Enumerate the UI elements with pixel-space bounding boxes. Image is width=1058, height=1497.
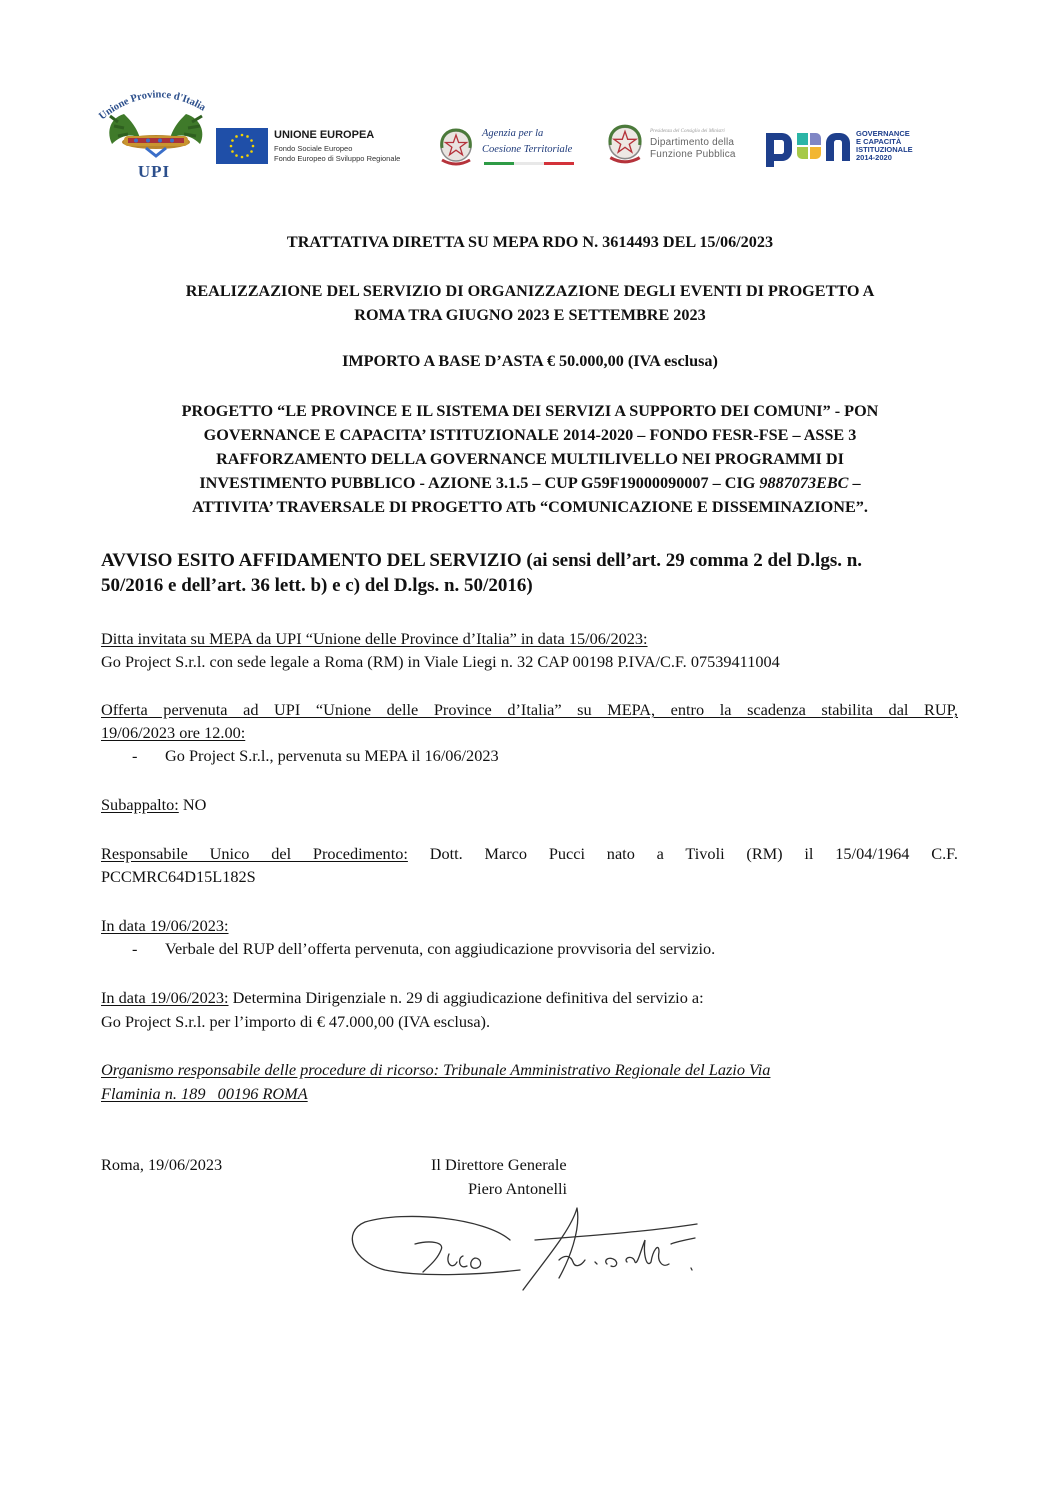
cig-code: 9887073EBC (759, 474, 848, 492)
subject-line-1: REALIZZAZIONE DEL SERVIZIO DI ORGANIZZAZ… (90, 281, 970, 302)
bullet-dash: - (132, 939, 137, 959)
avviso-bold: AVVISO ESITO AFFIDAMENTO DEL SERVIZIO (101, 550, 522, 571)
offer-label-line-1: Offerta pervenuta ad UPI “Unione delle P… (101, 699, 958, 720)
pon-line-4: 2014-2020 (856, 154, 892, 163)
date-1-item: Verbale del RUP dell’offerta pervenuta, … (165, 939, 715, 959)
handwritten-signature (345, 1200, 715, 1300)
pon-letters-icon (764, 129, 852, 167)
rup-value: Dott. Marco Pucci nato a Tivoli (RM) il … (408, 844, 958, 863)
avviso-legal-ref: (ai sensi dell’art. 29 comma 2 del D.lgs… (522, 550, 862, 571)
subject-line-2: ROMA TRA GIUGNO 2023 E SETTEMBRE 2023 (90, 305, 970, 326)
offer-item: Go Project S.r.l., pervenuta su MEPA il … (165, 746, 499, 766)
base-amount: IMPORTO A BASE D’ASTA € 50.000,00 (IVA e… (90, 351, 970, 372)
date-2-value: Determina Dirigenziale n. 29 di aggiudic… (229, 988, 704, 1007)
project-line-1: PROGETTO “LE PROVINCE E IL SISTEMA DEI S… (90, 401, 970, 422)
project-line-5: ATTIVITA’ TRAVERSALE DI PROGETTO ATb “CO… (90, 497, 970, 518)
upi-logo: Unione Province d'Italia UPI (98, 84, 210, 182)
eu-title: UNIONE EUROPEA (274, 129, 374, 141)
appeal-body-line-1: Organismo responsabile delle procedure d… (101, 1057, 961, 1082)
agenzia-coesione-logo: Agenzia per la Coesione Territoriale (436, 124, 576, 170)
dfp-line-2: Funzione Pubblica (650, 149, 736, 160)
appeal-body-line-2: Flaminia n. 189 00196 ROMA (101, 1081, 961, 1106)
agenzia-line-1: Agenzia per la (482, 128, 543, 139)
signer-name: Piero Antonelli (468, 1179, 567, 1199)
date-2-line-2: Go Project S.r.l. per l’importo di € 47.… (101, 1011, 490, 1032)
subcontracting: Subappalto: NO (101, 794, 206, 815)
project-line-2: GOVERNANCE E CAPACITA’ ISTITUZIONALE 201… (90, 425, 970, 446)
date-2-label: In data 19/06/2023: (101, 988, 229, 1007)
date-2-line-1: In data 19/06/2023: Determina Dirigenzia… (101, 987, 704, 1008)
eu-logo: UNIONE EUROPEA Fondo Sociale Europeo Fon… (216, 128, 406, 168)
agenzia-line-2: Coesione Territoriale (482, 144, 572, 155)
project-line-4: INVESTIMENTO PUBBLICO - AZIONE 3.1.5 – C… (90, 473, 970, 494)
subcontracting-label: Subappalto: (101, 795, 179, 814)
eu-flag-icon (216, 128, 268, 164)
rup-line-1: Responsabile Unico del Procedimento: Dot… (101, 843, 958, 864)
invited-company-value: Go Project S.r.l. con sede legale a Roma… (101, 651, 780, 672)
funzione-pubblica-logo: Presidenza del Consiglio dei Ministri Di… (604, 122, 749, 168)
rup-label: Responsabile Unico del Procedimento: (101, 844, 408, 863)
upi-acronym: UPI (98, 162, 210, 182)
eu-line-1: Fondo Sociale Europeo (274, 144, 352, 153)
dfp-line-1: Dipartimento della (650, 137, 734, 148)
bullet-dash: - (132, 746, 137, 766)
pon-logo: GOVERNANCE E CAPACITÀ ISTITUZIONALE 2014… (764, 127, 934, 169)
place-date: Roma, 19/06/2023 (101, 1155, 222, 1175)
project-line-4-text: INVESTIMENTO PUBBLICO - AZIONE 3.1.5 – C… (199, 474, 759, 492)
italian-emblem-icon (436, 126, 476, 168)
subcontracting-value: NO (179, 795, 207, 814)
avviso-heading-line-2: 50/2016 e dell’art. 36 lett. b) e c) del… (101, 573, 961, 598)
rup-fiscal-code: PCCMRC64D15L182S (101, 866, 256, 887)
tricolor-bar (484, 162, 574, 165)
project-line-4-tail: – (848, 474, 860, 492)
crown-laurel-icon (102, 104, 210, 162)
dfp-presidenza-text: Presidenza del Consiglio dei Ministri (650, 129, 725, 134)
project-line-3: RAFFORZAMENTO DELLA GOVERNANCE MULTILIVE… (90, 449, 970, 470)
avviso-heading-line-1: AVVISO ESITO AFFIDAMENTO DEL SERVIZIO (a… (101, 548, 961, 573)
date-1-label: In data 19/06/2023: (101, 915, 229, 936)
invited-company-label: Ditta invitata su MEPA da UPI “Unione de… (101, 628, 648, 649)
document-title: TRATTATIVA DIRETTA SU MEPA RDO N. 361449… (90, 232, 970, 253)
signer-role: Il Direttore Generale (431, 1155, 567, 1175)
italian-emblem-icon (604, 122, 646, 166)
offer-label-line-2: 19/06/2023 ore 12.00: (101, 722, 245, 743)
eu-line-2: Fondo Europeo di Sviluppo Regionale (274, 154, 400, 163)
